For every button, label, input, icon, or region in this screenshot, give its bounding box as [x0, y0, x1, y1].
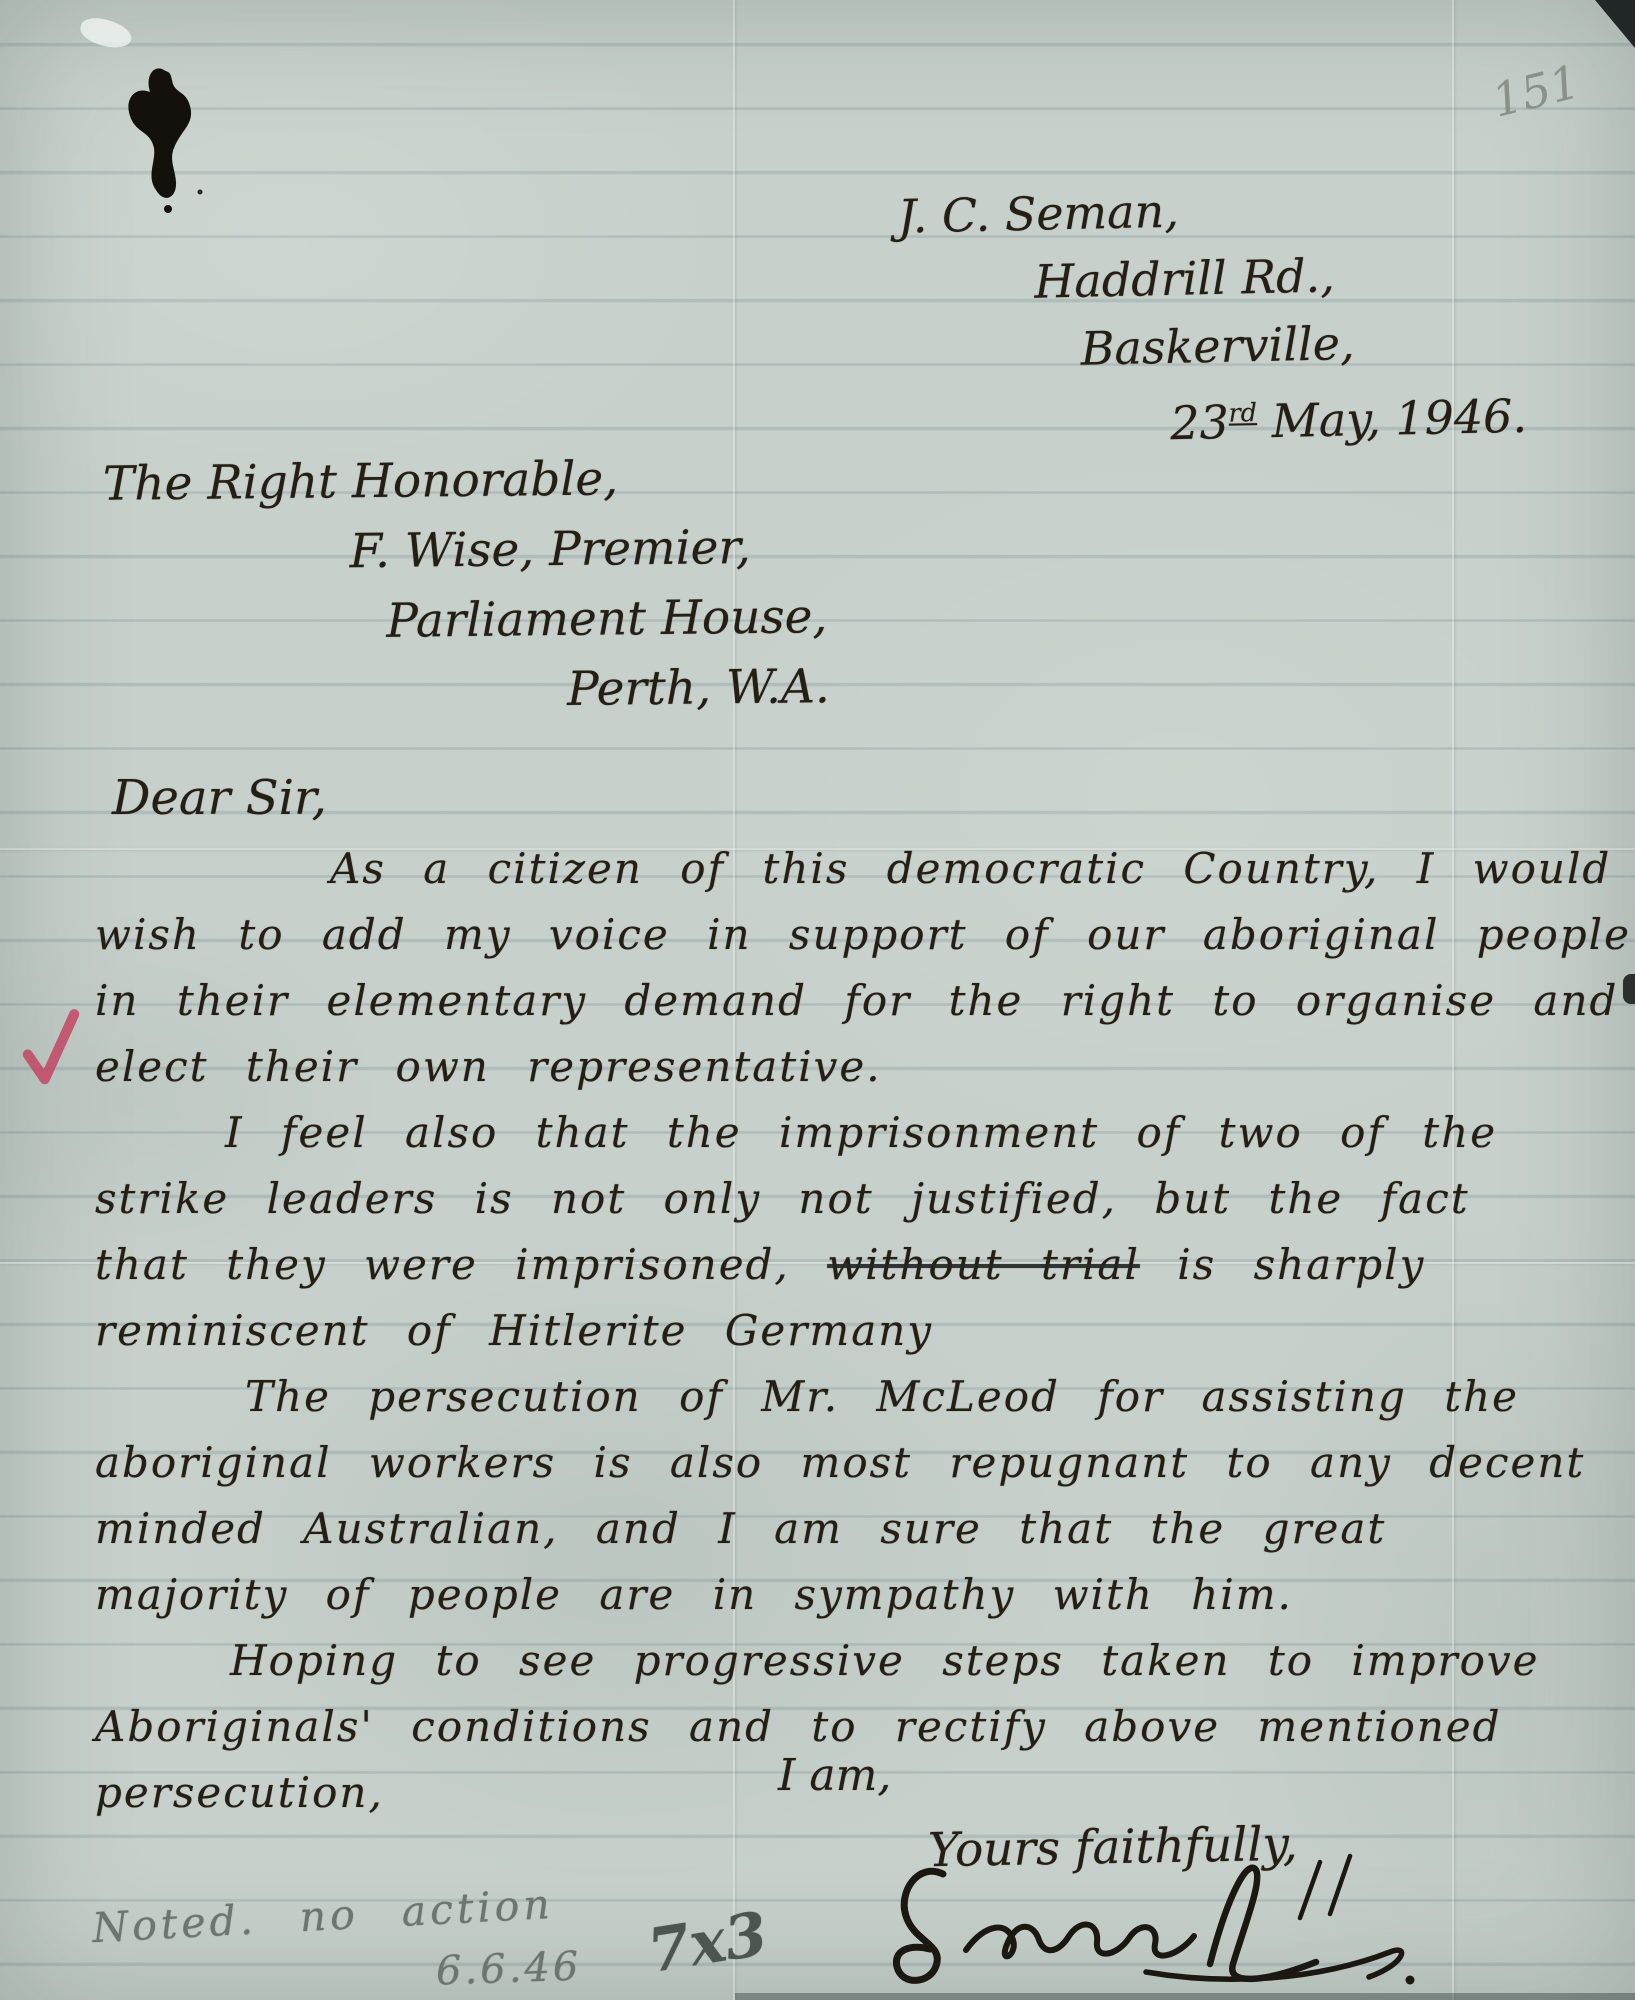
- sender-town: Baskerville,: [1080, 305, 1526, 382]
- body-line: Hoping to see progressive steps taken to…: [95, 1628, 1595, 1694]
- body-line: aboriginal workers is also most repugnan…: [95, 1430, 1595, 1496]
- body-line: strike leaders is not only not justified…: [95, 1166, 1595, 1232]
- recipient-city: Perth, W.A.: [567, 652, 830, 725]
- body-line: reminiscent of Hitlerite Germany: [95, 1298, 1595, 1364]
- recipient-honorific: The Right Honorable,: [103, 442, 828, 520]
- body-line: elect their own representative.: [95, 1034, 1595, 1100]
- closing-i-am: I am,: [778, 1750, 891, 1801]
- folio-number: 151: [1487, 54, 1585, 128]
- body-line: majority of people are in sympathy with …: [95, 1562, 1595, 1628]
- pencil-annotation-number: 7x3: [643, 1899, 772, 1987]
- body-line: minded Australian, and I am sure that th…: [95, 1496, 1595, 1562]
- dark-corner: [1595, 0, 1635, 48]
- torn-paper-notch: [78, 14, 135, 52]
- letter-page: 151 J. C. Seman, Haddrill Rd., Baskervil…: [0, 0, 1635, 2000]
- sender-street: Haddrill Rd.,: [1034, 237, 1525, 315]
- edge-mark: [1623, 974, 1635, 1004]
- recipient-address: The Right Honorable, F. Wise, Premier, P…: [103, 442, 831, 730]
- body-line-with-strikethrough: that they were imprisoned, without trial…: [95, 1232, 1595, 1298]
- recipient-name: F. Wise, Premier,: [349, 512, 828, 587]
- recipient-building: Parliament House,: [386, 582, 829, 657]
- letter-date: 23rd May, 1946.: [1169, 373, 1527, 457]
- sender-address: J. C. Seman, Haddrill Rd., Baskerville, …: [897, 169, 1528, 462]
- body-line: The persecution of Mr. McLeod for assist…: [95, 1364, 1595, 1430]
- body-line: in their elementary demand for the right…: [95, 968, 1595, 1034]
- letter-body: As a citizen of this democratic Country,…: [95, 836, 1595, 1826]
- body-line: wish to add my voice in support of our a…: [95, 902, 1595, 968]
- struck-text: without trial: [827, 1240, 1140, 1289]
- ink-blot: [116, 64, 212, 220]
- salutation: Dear Sir,: [112, 770, 327, 826]
- pencil-annotation-note: Noted. no action: [91, 1880, 555, 1952]
- body-line: As a citizen of this democratic Country,…: [95, 836, 1595, 902]
- signature: [848, 1852, 1468, 2000]
- red-check-icon: [20, 1000, 82, 1102]
- sender-name: J. C. Seman,: [897, 169, 1523, 250]
- pencil-annotation-date: 6.6.46: [435, 1943, 582, 1994]
- body-line: I feel also that the imprisonment of two…: [95, 1100, 1595, 1166]
